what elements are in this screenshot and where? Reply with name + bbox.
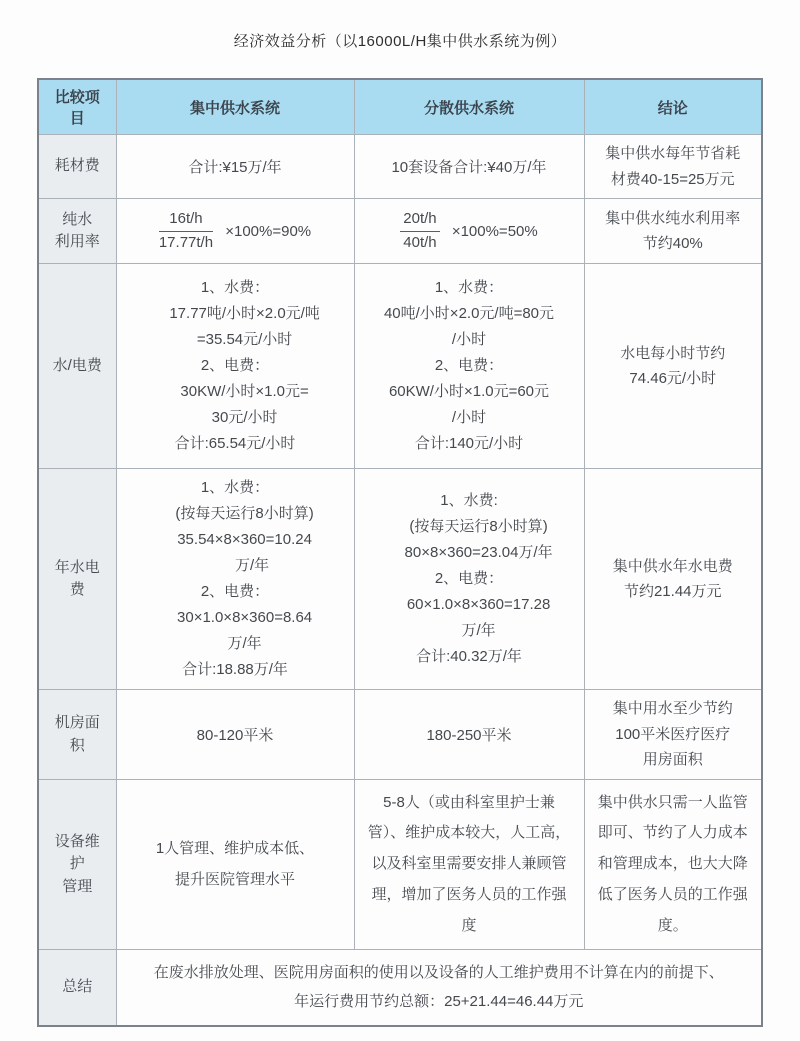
cell-annual-central: 1、水费： (按每天运行8小时算) 35.54×8×360=10.24 万/年 … (116, 469, 354, 690)
cell-annual-distributed: 1、水费: (按每天运行8小时算) 80×8×360=23.04万/年 2、电费… (354, 469, 584, 690)
cell-utilization-central: 16t/h 17.77t/h ×100%=90% (116, 199, 354, 264)
cell-room-area-distributed: 180-250平米 (354, 690, 584, 780)
cell-room-area-central: 80-120平米 (116, 690, 354, 780)
table-row-consumables: 耗材费 合计:¥15万/年 10套设备合计:¥40万/年 集中供水每年节省耗 材… (38, 135, 762, 199)
row-label-annual: 年水电费 (38, 469, 116, 690)
cell-consumables-distributed: 10套设备合计:¥40万/年 (354, 135, 584, 199)
table-row-maintenance: 设备维护 管理 1人管理、维护成本低、 提升医院管理水平 5-8人（或由科室里护… (38, 780, 762, 950)
fraction-numerator: 16t/h (159, 209, 213, 231)
cell-consumables-central: 合计:¥15万/年 (116, 135, 354, 199)
table-row-room-area: 机房面积 80-120平米 180-250平米 集中用水至少节约 100平米医疗… (38, 690, 762, 780)
header-row: 比较项目 集中供水系统 分散供水系统 结论 (38, 79, 762, 135)
fraction-central: 16t/h 17.77t/h (159, 209, 213, 253)
table-row-utilization: 纯水 利用率 16t/h 17.77t/h ×100%=90% 20t/h 40… (38, 199, 762, 264)
fraction-denominator: 17.77t/h (159, 232, 213, 253)
comparison-table: 比较项目 集中供水系统 分散供水系统 结论 耗材费 合计:¥15万/年 10套设… (37, 78, 763, 1027)
table-row-summary: 总结 在废水排放处理、医院用房面积的使用以及设备的人工维护费用不计算在内的前提下… (38, 950, 762, 1026)
fraction-result: ×100%=90% (225, 223, 311, 240)
row-label-summary: 总结 (38, 950, 116, 1026)
cell-annual-conclusion: 集中供水年水电费 节约21.44万元 (584, 469, 762, 690)
cell-water-electric-conclusion: 水电每小时节约 74.46元/小时 (584, 264, 762, 469)
table-row-annual: 年水电费 1、水费： (按每天运行8小时算) 35.54×8×360=10.24… (38, 469, 762, 690)
column-header-conclusion: 结论 (584, 79, 762, 135)
row-label-room-area: 机房面积 (38, 690, 116, 780)
row-label-water-electric: 水/电费 (38, 264, 116, 469)
cell-utilization-distributed: 20t/h 40t/h ×100%=50% (354, 199, 584, 264)
fraction-distributed: 20t/h 40t/h (400, 209, 439, 253)
cell-utilization-conclusion: 集中供水纯水利用率 节约40% (584, 199, 762, 264)
cell-maintenance-distributed: 5-8人（或由科室里护士兼管）、维护成本较大，人工高，以及科室里需要安排人兼顾管… (354, 780, 584, 950)
page-title: 经济效益分析（以16000L/H集中供水系统为例） (0, 0, 800, 51)
cell-consumables-conclusion: 集中供水每年节省耗 材费40-15=25万元 (584, 135, 762, 199)
column-header-item: 比较项目 (38, 79, 116, 135)
column-header-central: 集中供水系统 (116, 79, 354, 135)
fraction-numerator: 20t/h (400, 209, 439, 231)
row-label-maintenance: 设备维护 管理 (38, 780, 116, 950)
cell-water-electric-distributed: 1、水费： 40吨/小时×2.0元/吨=80元 /小时 2、电费： 60KW/小… (354, 264, 584, 469)
cell-maintenance-central: 1人管理、维护成本低、 提升医院管理水平 (116, 780, 354, 950)
row-label-consumables: 耗材费 (38, 135, 116, 199)
cell-maintenance-conclusion: 集中供水只需一人监管即可、节约了人力成本和管理成本，也大大降低了医务人员的工作强… (584, 780, 762, 950)
fraction-denominator: 40t/h (400, 232, 439, 253)
cell-room-area-conclusion: 集中用水至少节约 100平米医疗医疗 用房面积 (584, 690, 762, 780)
column-header-distributed: 分散供水系统 (354, 79, 584, 135)
cell-summary-content: 在废水排放处理、医院用房面积的使用以及设备的人工维护费用不计算在内的前提下、 年… (116, 950, 762, 1026)
table-row-water-electric: 水/电费 1、水费： 17.77吨/小时×2.0元/吨 =35.54元/小时 2… (38, 264, 762, 469)
cell-water-electric-central: 1、水费： 17.77吨/小时×2.0元/吨 =35.54元/小时 2、电费： … (116, 264, 354, 469)
fraction-result: ×100%=50% (452, 223, 538, 240)
row-label-utilization: 纯水 利用率 (38, 199, 116, 264)
